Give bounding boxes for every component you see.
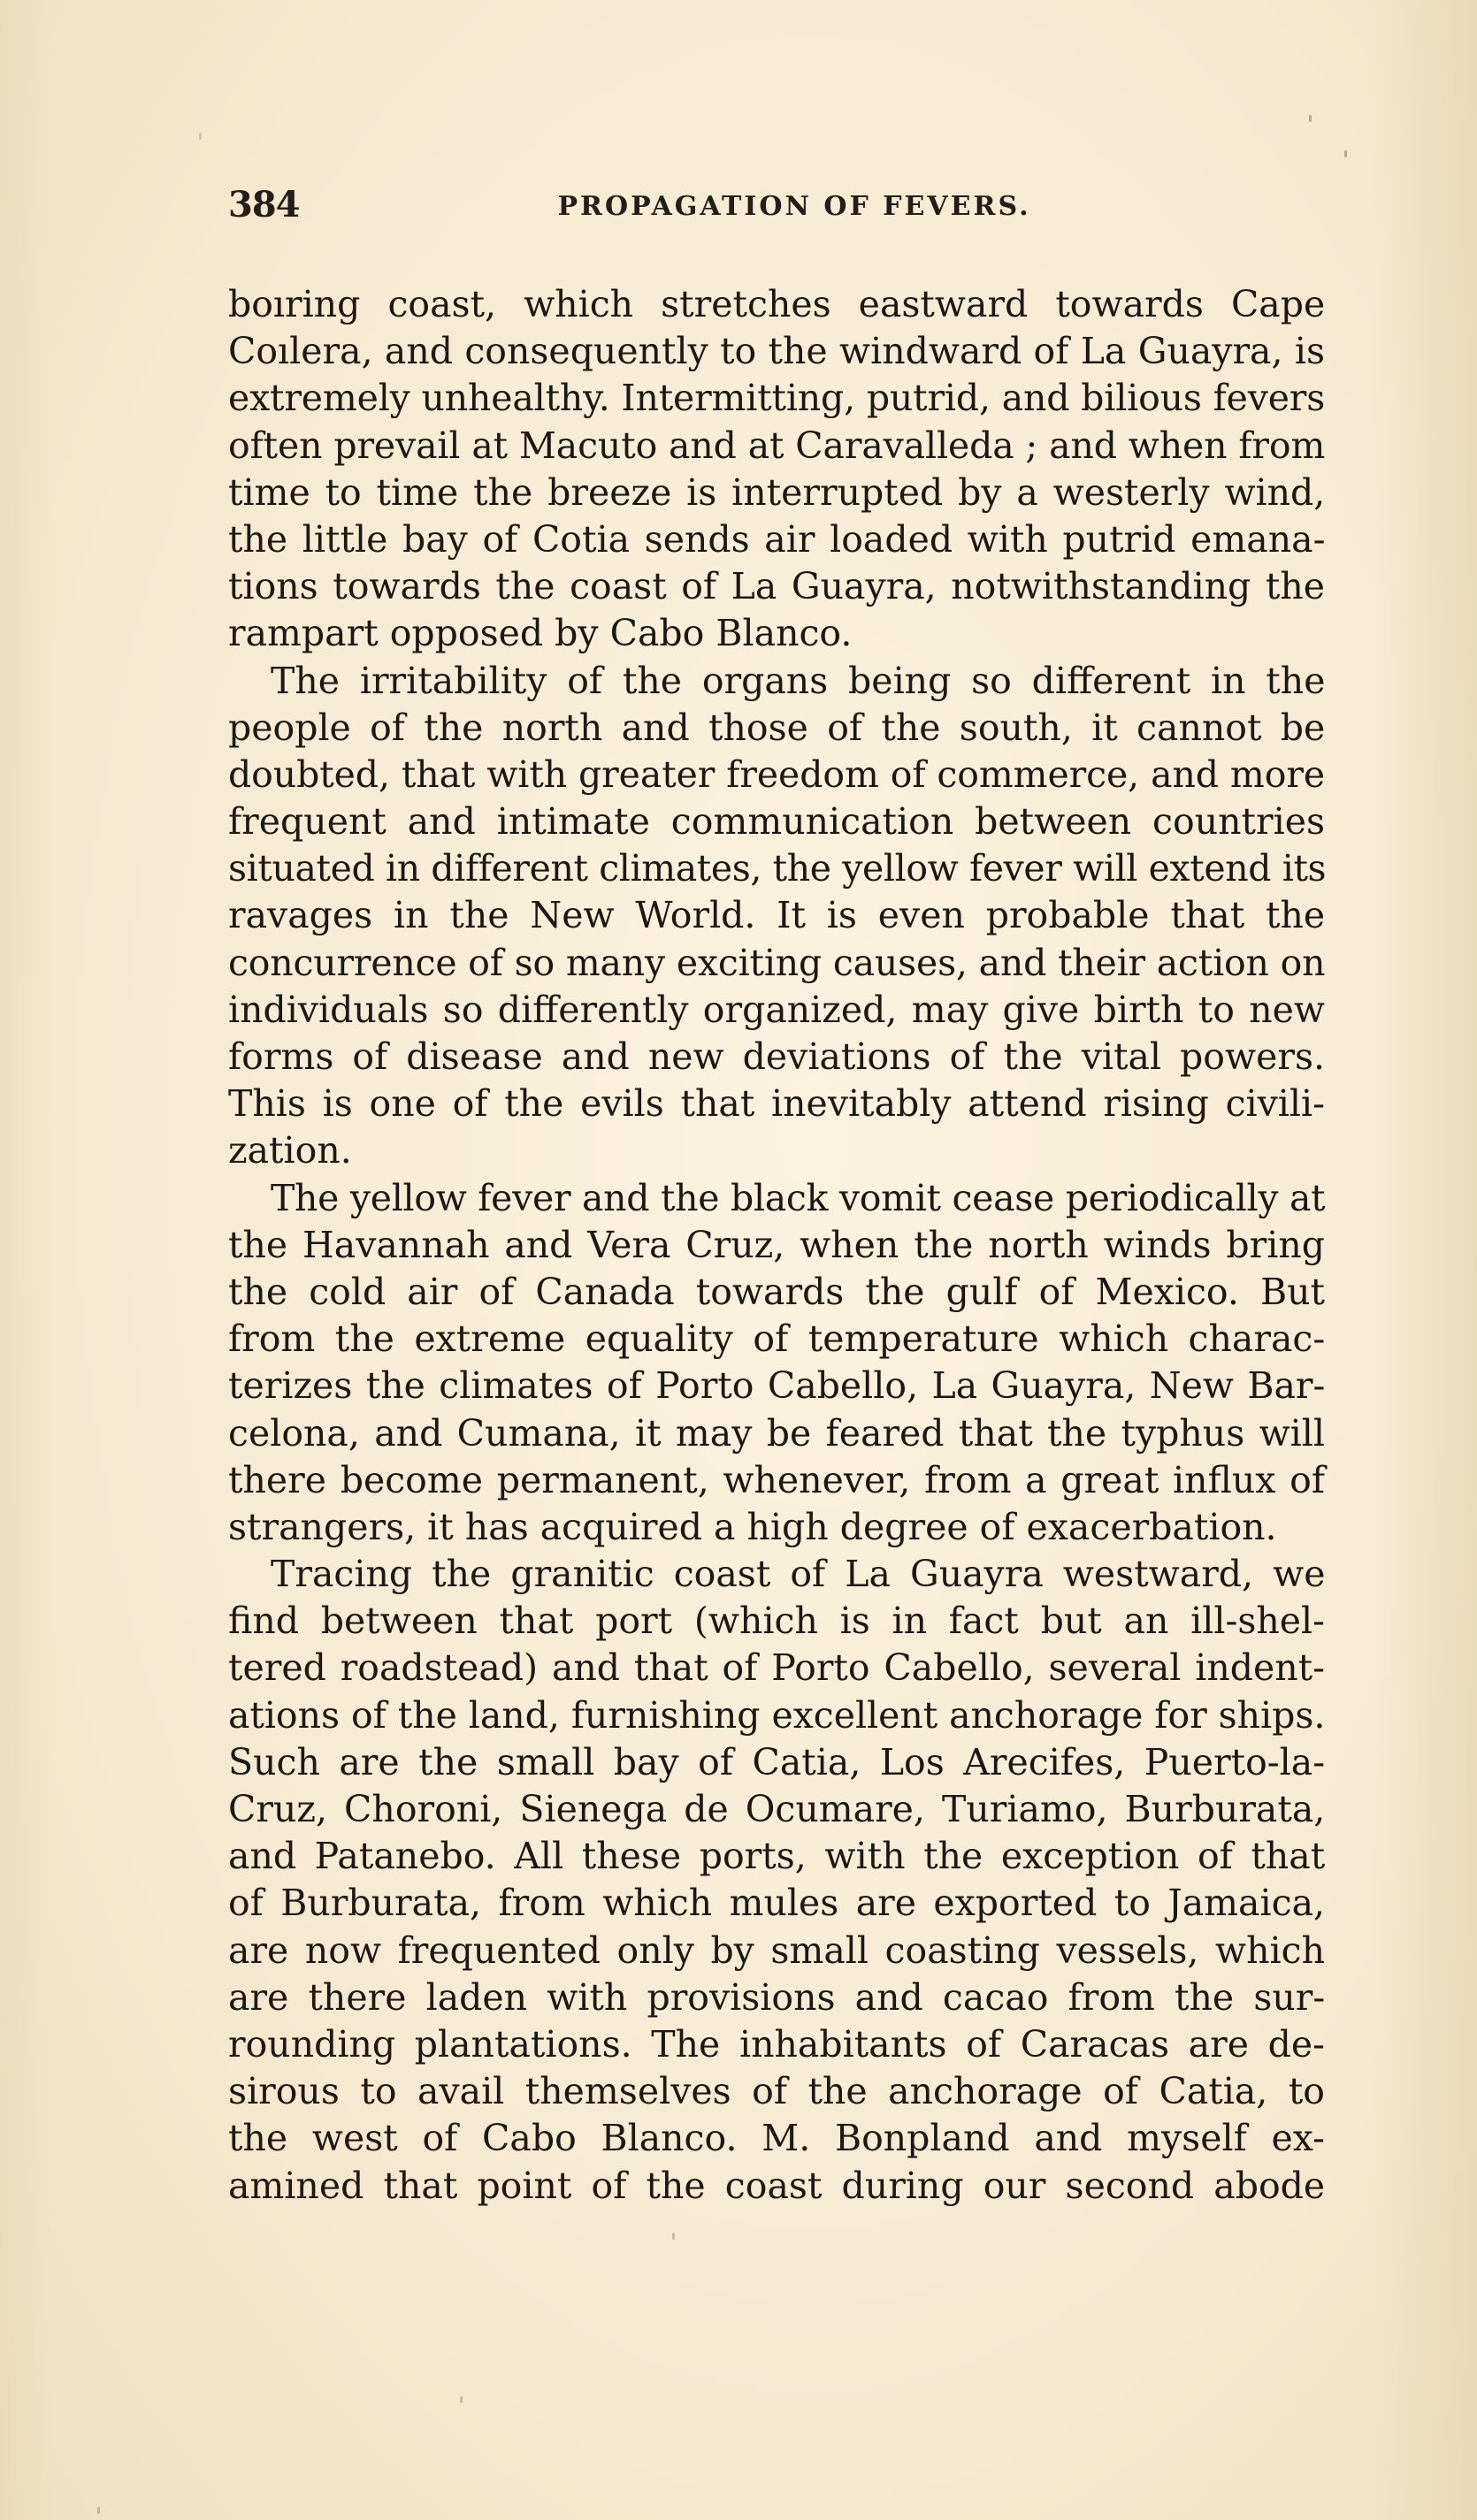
text-line: The irritability of the organs being so … bbox=[228, 658, 1325, 705]
text-line: the little bay of Cotia sends air loaded… bbox=[228, 516, 1325, 563]
text-line: boıring coast, which stretches eastward … bbox=[228, 281, 1325, 328]
running-title: PROPAGATION OF FEVERS. bbox=[228, 191, 1325, 222]
paper-speck bbox=[199, 133, 202, 140]
text-line: This is one of the evils that inevitably… bbox=[228, 1081, 1325, 1127]
text-line: time to time the breeze is interrupted b… bbox=[228, 470, 1325, 516]
text-line: strangers, it has acquired a high degree… bbox=[228, 1504, 1325, 1551]
text-line: there become permanent, whenever, from a… bbox=[228, 1457, 1325, 1504]
running-head: 384 PROPAGATION OF FEVERS. bbox=[228, 184, 1325, 228]
text-line: rounding plantations. The inhabitants of… bbox=[228, 2021, 1325, 2068]
paper-speck bbox=[97, 2507, 100, 2514]
text-line: concurrence of so many exciting causes, … bbox=[228, 940, 1325, 987]
paper-speck bbox=[1344, 150, 1347, 157]
text-line: people of the north and those of the sou… bbox=[228, 705, 1325, 752]
text-line: from the extreme equality of temperature… bbox=[228, 1316, 1325, 1363]
text-line: amined that point of the coast during ou… bbox=[228, 2163, 1325, 2210]
text-line: the west of Cabo Blanco. M. Bonpland and… bbox=[228, 2115, 1325, 2162]
text-line: celona, and Cumana, it may be feared tha… bbox=[228, 1410, 1325, 1457]
text-line: extremely unhealthy. Intermitting, putri… bbox=[228, 375, 1325, 422]
text-line: are there laden with provisions and caca… bbox=[228, 1974, 1325, 2021]
text-line: The yellow fever and the black vomit cea… bbox=[228, 1175, 1325, 1222]
text-line: sirous to avail themselves of the anchor… bbox=[228, 2068, 1325, 2115]
text-line: Such are the small bay of Catia, Los Are… bbox=[228, 1739, 1325, 1786]
text-line: find between that port (which is in fact… bbox=[228, 1598, 1325, 1645]
paper-speck bbox=[460, 2396, 463, 2403]
text-line: ations of the land, furnishing excellent… bbox=[228, 1692, 1325, 1739]
text-line: Cruz, Choroni, Sienega de Ocumare, Turia… bbox=[228, 1786, 1325, 1833]
text-line: rampart opposed by Cabo Blanco. bbox=[228, 610, 1325, 657]
text-line: Coılera, and consequently to the windwar… bbox=[228, 328, 1325, 375]
text-line: frequent and intimate communication betw… bbox=[228, 798, 1325, 845]
text-line: tered roadstead) and that of Porto Cabel… bbox=[228, 1645, 1325, 1691]
text-line: terizes the climates of Porto Cabello, L… bbox=[228, 1363, 1325, 1409]
text-line: of Burburata, from which mules are expor… bbox=[228, 1880, 1325, 1927]
body-text: boıring coast, which stretches eastward … bbox=[228, 281, 1325, 2210]
text-line: tions towards the coast of La Guayra, no… bbox=[228, 563, 1325, 610]
text-line: zation. bbox=[228, 1127, 1325, 1174]
text-line: ravages in the New World. It is even pro… bbox=[228, 892, 1325, 939]
paper-speck bbox=[672, 2233, 675, 2240]
text-line: and Patanebo. All these ports, with the … bbox=[228, 1833, 1325, 1880]
text-line: often prevail at Macuto and at Caravalle… bbox=[228, 423, 1325, 470]
paper-speck bbox=[1309, 115, 1312, 122]
text-line: forms of disease and new deviations of t… bbox=[228, 1034, 1325, 1081]
text-line: the cold air of Canada towards the gulf … bbox=[228, 1269, 1325, 1316]
text-line: individuals so differently organized, ma… bbox=[228, 987, 1325, 1034]
text-line: are now frequented only by small coastin… bbox=[228, 1928, 1325, 1974]
text-line: doubted, that with greater freedom of co… bbox=[228, 752, 1325, 798]
scanned-book-page: 384 PROPAGATION OF FEVERS. boıring coast… bbox=[0, 0, 1477, 2520]
text-line: Tracing the granitic coast of La Guayra … bbox=[228, 1551, 1325, 1598]
text-line: the Havannah and Vera Cruz, when the nor… bbox=[228, 1222, 1325, 1269]
text-line: situated in different climates, the yell… bbox=[228, 845, 1325, 892]
